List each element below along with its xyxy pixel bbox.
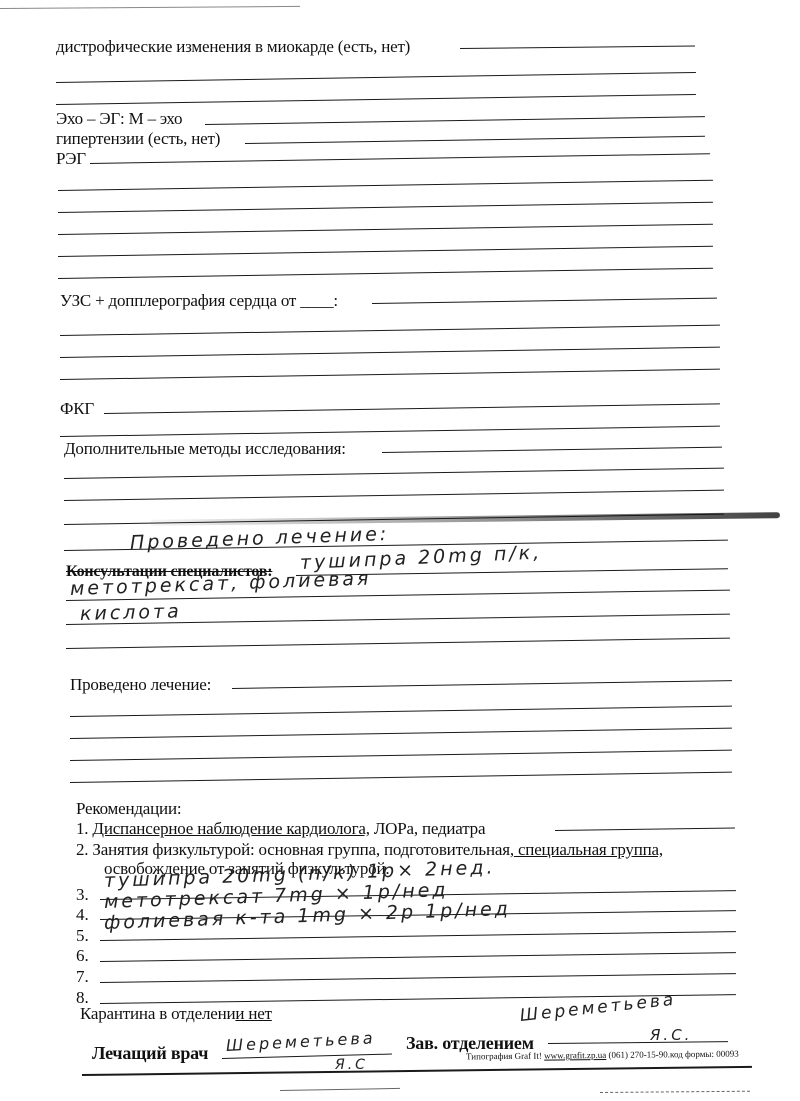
field-line[interactable]: [60, 369, 720, 380]
label-echo-eg: Эхо – ЭГ: М – эхо: [56, 110, 182, 128]
rec-1-text: ЛОРа, педиатра: [370, 819, 486, 838]
printer-info: Типография Graf It! www.grafit.zp.ua (06…: [466, 1049, 739, 1062]
field-line-treatment[interactable]: [232, 680, 732, 689]
field-line[interactable]: [56, 72, 696, 83]
field-line[interactable]: [58, 246, 713, 257]
printer-name: Типография Graf It!: [466, 1051, 544, 1062]
field-line[interactable]: [70, 706, 732, 717]
medical-form-page: дистрофические изменения в миокарде (ест…: [0, 0, 800, 1101]
rec-2-number: 2.: [76, 840, 88, 859]
field-line[interactable]: [70, 772, 732, 783]
label-hypertension: гипертензии (есть, нет): [56, 130, 220, 148]
field-line-fkg[interactable]: [104, 403, 720, 414]
label-fkg: ФКГ: [60, 400, 94, 418]
rec-1-text-underlined: Диспансерное наблюдение кардиолога,: [92, 819, 369, 838]
field-line-rec1[interactable]: [555, 827, 735, 831]
label-recommendations: Рекомендации:: [76, 800, 181, 818]
field-line[interactable]: [58, 268, 713, 279]
rec-2-text: Занятия физкультурой: основная группа, п…: [92, 840, 513, 859]
field-line[interactable]: [64, 490, 724, 501]
printer-url: www.grafit.zp.ua: [544, 1050, 606, 1061]
rec-6-number: 6.: [76, 946, 89, 966]
field-line-dystrophic[interactable]: [460, 46, 695, 49]
label-attending-doctor: Лечащий врач: [92, 1044, 208, 1062]
signature-attending: Шереметьева: [226, 1028, 376, 1055]
printer-phone-code: (061) 270-15-90.код формы: 00093: [606, 1049, 739, 1060]
field-line-head[interactable]: [548, 1041, 728, 1044]
field-line[interactable]: [70, 728, 732, 739]
field-line[interactable]: [58, 180, 713, 191]
rec-3-number: 3.: [76, 885, 89, 905]
field-line[interactable]: [60, 347, 720, 358]
field-line-echo[interactable]: [205, 116, 705, 125]
scan-edge-line: [280, 1088, 400, 1091]
rec-4-number: 4.: [76, 905, 89, 925]
field-line-rec5[interactable]: [100, 931, 736, 941]
field-line-hypertension[interactable]: [245, 136, 705, 144]
field-line-additional[interactable]: [382, 447, 722, 453]
scan-edge-line: [0, 6, 300, 9]
field-line[interactable]: [60, 426, 720, 437]
label-head-of-department: Зав. отделением: [406, 1034, 534, 1052]
field-line[interactable]: [70, 750, 732, 761]
field-line[interactable]: [60, 325, 720, 336]
handwriting-consult-line3: кислота: [80, 600, 182, 625]
field-line-rec6[interactable]: [100, 952, 736, 962]
field-line[interactable]: [58, 202, 713, 213]
field-line[interactable]: [66, 638, 730, 649]
rec-2-text-underlined: специальная группа,: [514, 840, 663, 859]
bottom-rule: [82, 1066, 752, 1076]
field-line[interactable]: [56, 94, 696, 105]
field-line[interactable]: [58, 224, 713, 235]
label-additional-methods: Дополнительные методы исследования:: [64, 440, 346, 458]
scan-edge-line: [600, 1091, 750, 1093]
rec-5-number: 5.: [76, 926, 89, 946]
field-line-rec7[interactable]: [100, 973, 736, 983]
label-reg: РЭГ: [56, 150, 86, 168]
field-line-reg[interactable]: [90, 153, 710, 164]
label-treatment: Проведено лечение:: [70, 676, 211, 694]
rec-2: 2. Занятия физкультурой: основная группа…: [76, 841, 663, 859]
rec-1-number: 1.: [76, 819, 88, 838]
quarantine-value: и нет: [235, 1004, 271, 1023]
field-line-uzs[interactable]: [372, 298, 717, 304]
rec-1: 1. Диспансерное наблюдение кардиолога, Л…: [76, 820, 485, 838]
label-dystrophic: дистрофические изменения в миокарде (ест…: [56, 38, 410, 56]
rec-7-number: 7.: [76, 967, 89, 987]
field-line[interactable]: [64, 468, 724, 479]
label-quarantine: Карантина в отделении нет: [80, 1005, 272, 1023]
label-uzs-doppler: УЗС + допплерография сердца от ____:: [60, 292, 338, 310]
quarantine-text: Карантина в отделени: [80, 1004, 235, 1023]
scan-smudge: [150, 512, 780, 526]
